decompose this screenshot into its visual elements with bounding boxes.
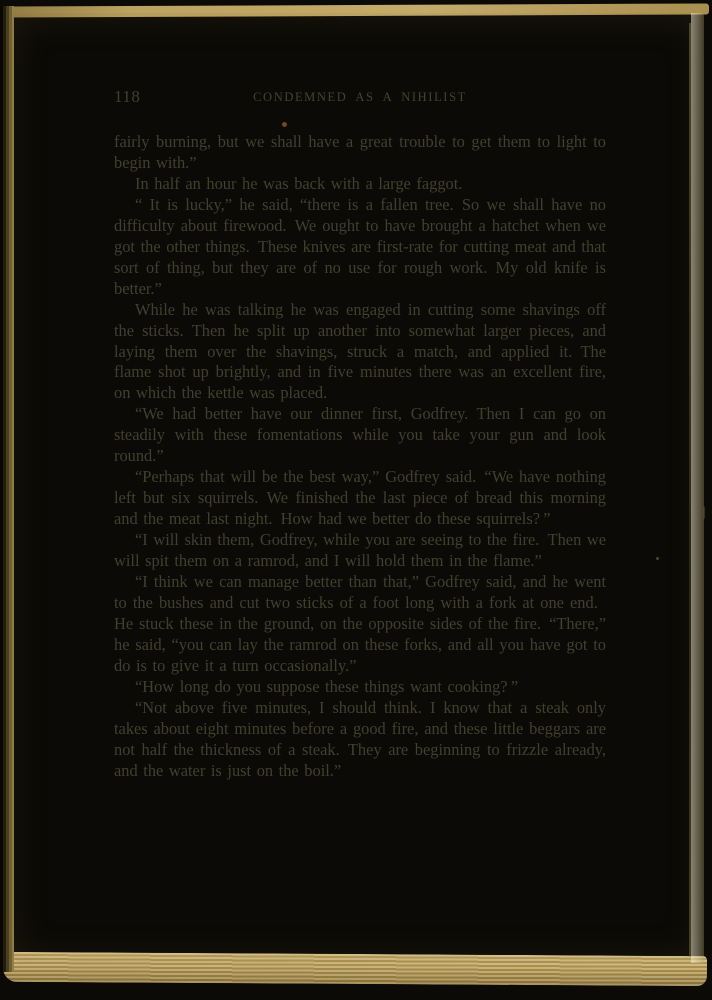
page-header: 118 CONDEMNED AS A NIHILIST bbox=[114, 87, 606, 106]
paragraph: In half an hour he was back with a large… bbox=[114, 174, 606, 195]
running-header: CONDEMNED AS A NIHILIST bbox=[114, 90, 606, 105]
scan-speck bbox=[656, 557, 659, 560]
printed-text-area: 118 CONDEMNED AS A NIHILIST fairly burni… bbox=[114, 87, 606, 782]
paragraph: fairly burning, but we shall have a grea… bbox=[114, 132, 606, 174]
paragraph: “ It is lucky,” he said, “there is a fal… bbox=[114, 195, 606, 300]
paragraph: “I think we can manage better than that,… bbox=[114, 572, 606, 677]
next-page-fore-edge bbox=[691, 13, 704, 963]
paragraph: “We had better have our dinner first, Go… bbox=[114, 404, 606, 467]
book-page: 118 CONDEMNED AS A NIHILIST fairly burni… bbox=[9, 13, 704, 963]
paragraph: “Perhaps that will be the best way,” God… bbox=[114, 467, 606, 530]
scan-speck bbox=[703, 506, 705, 519]
scan-speck bbox=[282, 122, 287, 127]
page-crease bbox=[689, 23, 691, 957]
paragraph: “I will skin them, Godfrey, while you ar… bbox=[114, 530, 606, 572]
paragraph: While he was talking he was engaged in c… bbox=[114, 300, 606, 405]
paragraph: “Not above five minutes, I should think.… bbox=[114, 698, 606, 782]
paragraph: “How long do you suppose these things wa… bbox=[114, 677, 606, 698]
body-text: fairly burning, but we shall have a grea… bbox=[114, 132, 606, 782]
